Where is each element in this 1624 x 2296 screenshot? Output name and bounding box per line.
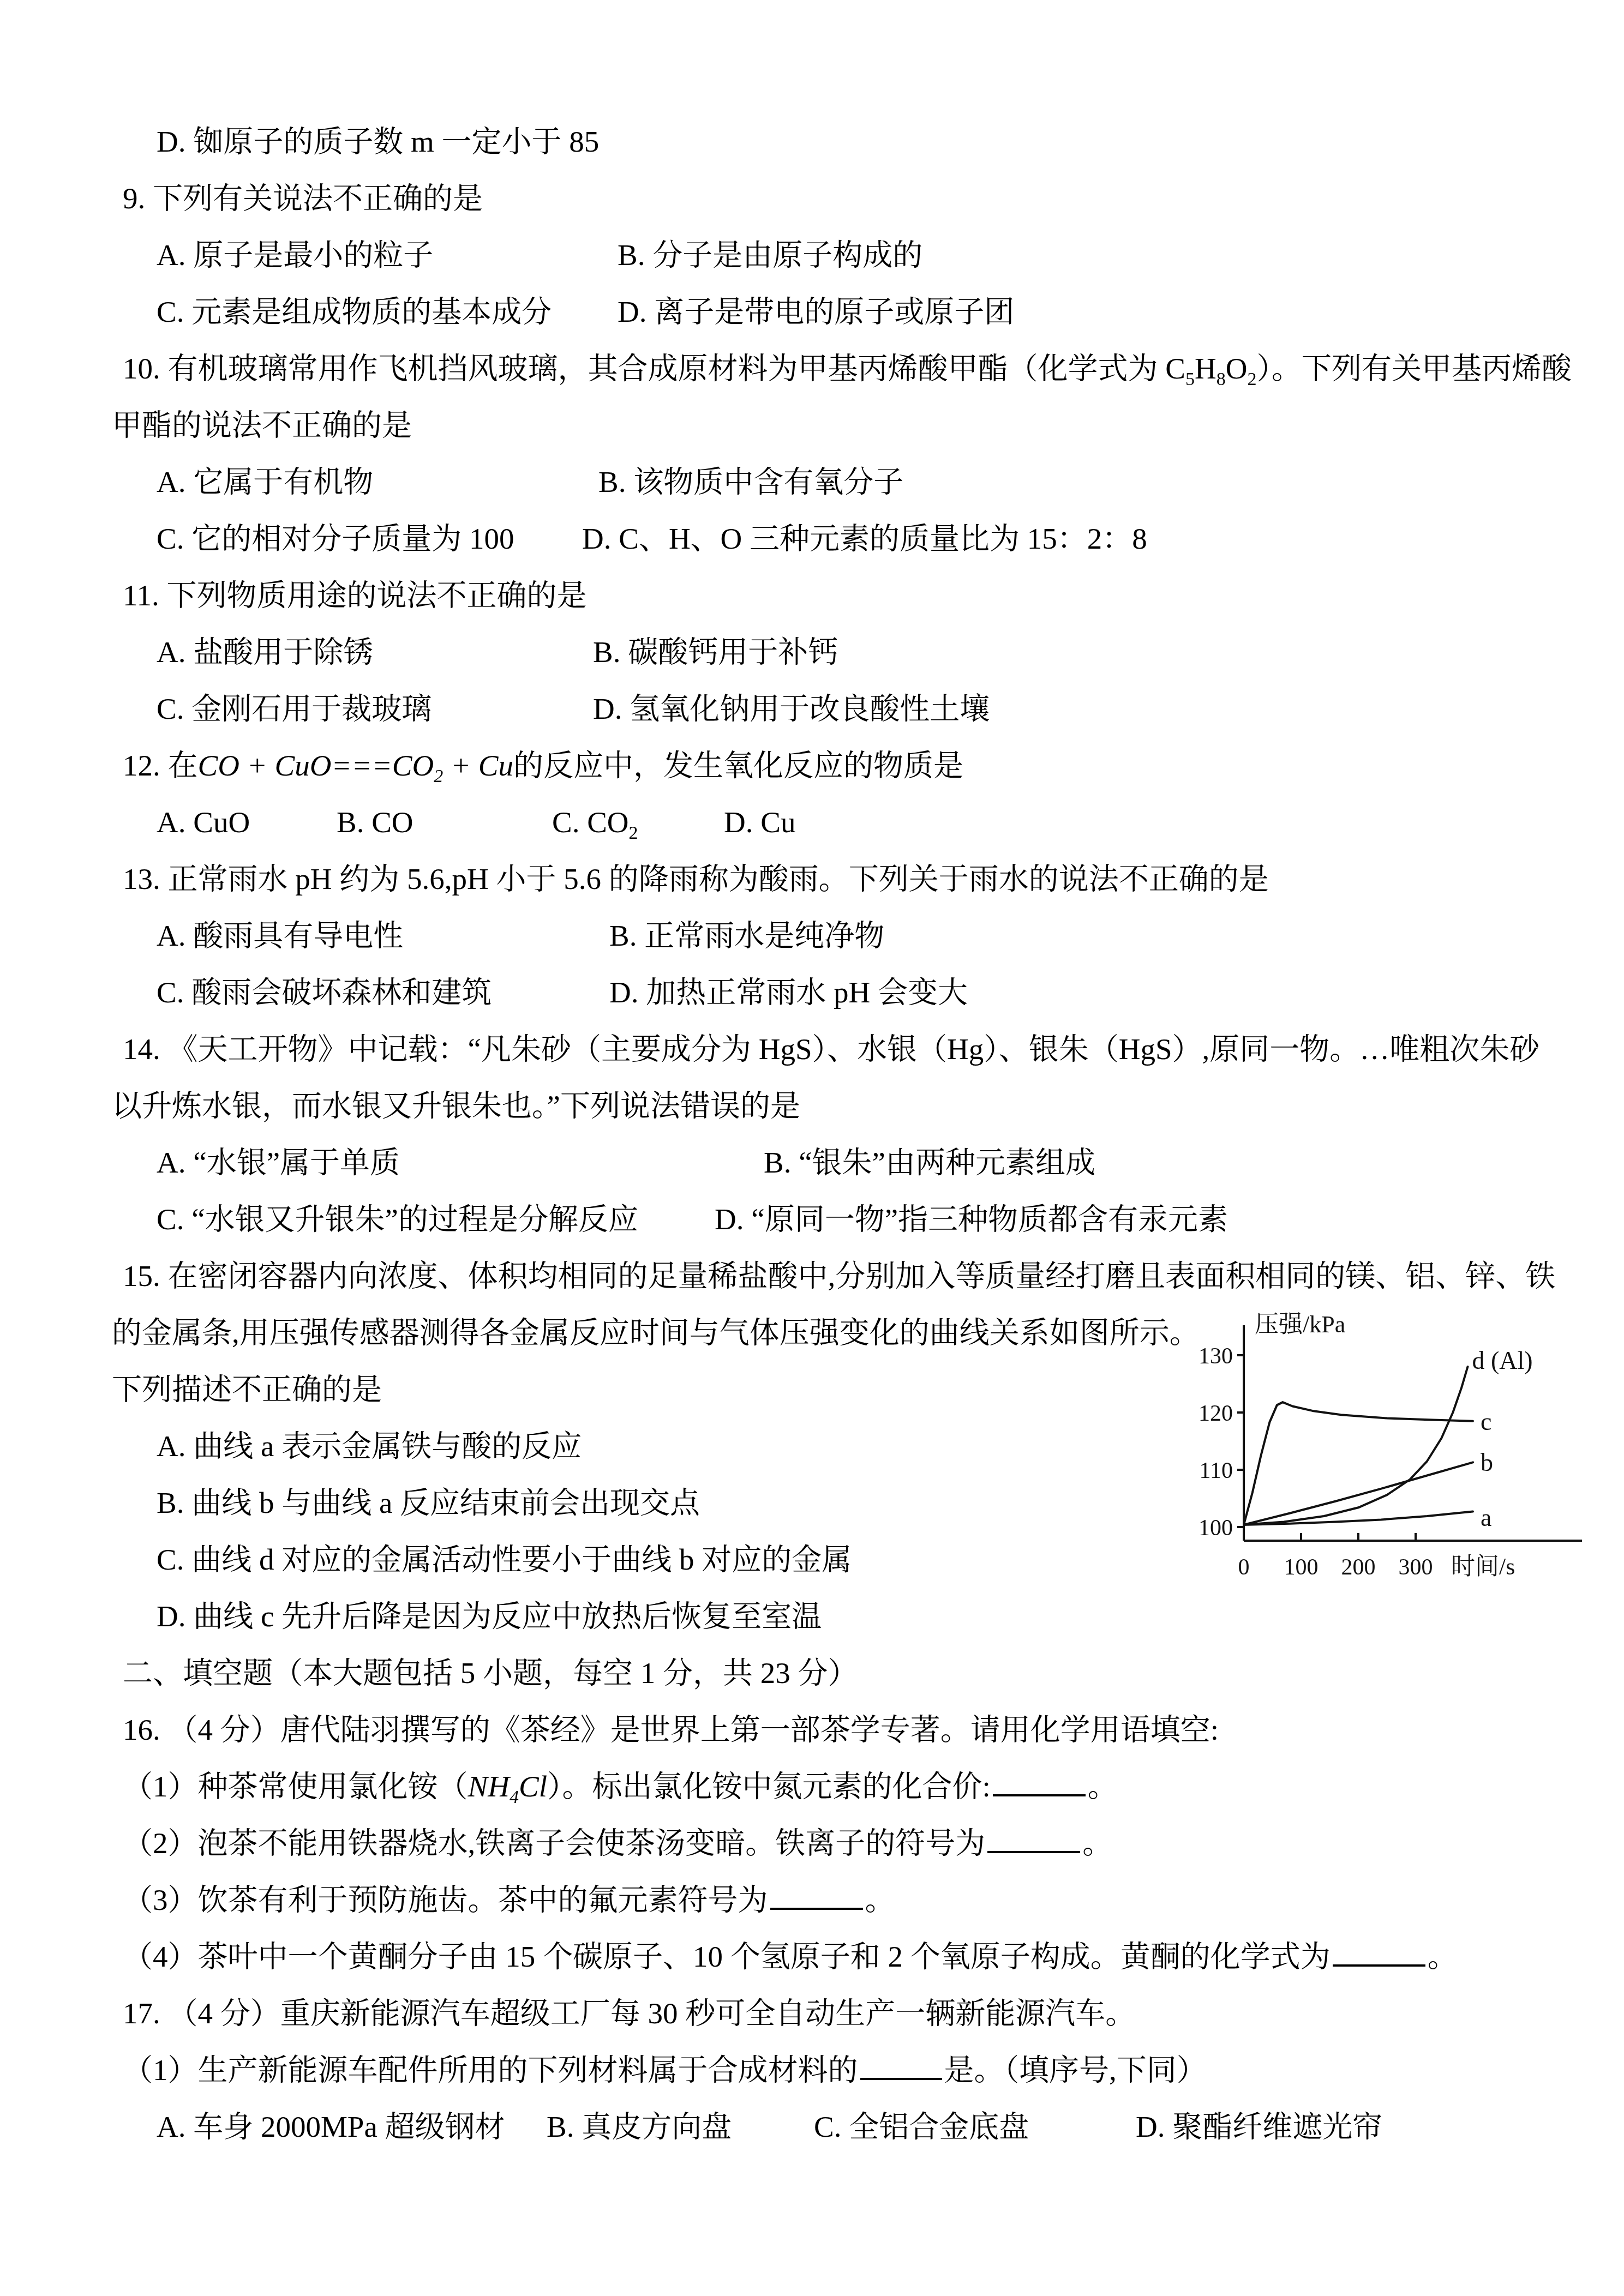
q17-part-1-text-1: （1）生产新能源车配件所用的下列材料属于合成材料的 xyxy=(123,2053,858,2087)
q15-option-d-text: D. 曲线 c 先升后降是因为反应中放热后恢复至室温 xyxy=(157,1600,822,1633)
curve-label-b: b xyxy=(1481,1448,1493,1476)
q15-stem-text-1: 15. 在密闭容器内向浓度、体积均相同的足量稀盐酸中,分别加入等质量经打磨且表面… xyxy=(123,1259,1555,1293)
q10-option-b: B. 该物质中含有氧分子 xyxy=(598,465,903,498)
q12-option-c: C. CO2 xyxy=(552,794,724,851)
q8-option-d-label: D. 铷原子的质子数 m 一定小于 85 xyxy=(157,125,599,158)
q13-options-row-1: A. 酸雨具有导电性B. 正常雨水是纯净物 xyxy=(0,907,1624,964)
q16-part-3-period: 。 xyxy=(865,1883,895,1916)
q14-option-c: C. “水银又升银朱”的过程是分解反应 xyxy=(157,1191,715,1248)
q11-options-row-1: A. 盐酸用于除锈B. 碳酸钙用于补钙 xyxy=(0,624,1624,681)
q16-part-3: （3）饮茶有利于预防施齿。茶中的氟元素符号为。 xyxy=(0,1872,1624,1928)
x-axis-label: 时间/s xyxy=(1451,1553,1515,1580)
q10-stem-line-2: 甲酯的说法不正确的是 xyxy=(0,397,1624,454)
q10-stem-line-1: 10. 有机玻璃常用作飞机挡风玻璃，其合成原材料为甲基丙烯酸甲酯（化学式为 C5… xyxy=(0,340,1624,397)
q15-stem-text-2: 的金属条,用压强传感器测得各金属反应时间与气体压强变化的曲线关系如图所示。 xyxy=(112,1316,1200,1349)
q13-option-c: C. 酸雨会破坏森林和建筑 xyxy=(157,964,609,1021)
q16-part-3-text: （3）饮茶有利于预防施齿。茶中的氟元素符号为 xyxy=(123,1883,768,1916)
q9-options-row-2: C. 元素是组成物质的基本成分D. 离子是带电的原子或原子团 xyxy=(0,284,1624,340)
q13-option-a: A. 酸雨具有导电性 xyxy=(157,907,609,964)
q10-formula-sub-2: 2 xyxy=(1248,369,1257,389)
q17-part-1: （1）生产新能源车配件所用的下列材料属于合成材料的是。（填序号,下同） xyxy=(0,2042,1624,2099)
q11-stem: 11. 下列物质用途的说法不正确的是 xyxy=(0,567,1624,624)
curve-d xyxy=(1244,1367,1468,1525)
q15-option-b-text: B. 曲线 b 与曲线 a 反应结束前会出现交点 xyxy=(157,1486,700,1519)
q16-part-1: （1）种茶常使用氯化铵（NH4Cl）。标出氯化铵中氮元素的化合价:。 xyxy=(0,1758,1624,1815)
curve-label-a: a xyxy=(1481,1504,1491,1531)
q16-stem: 16. （4 分）唐代陆羽撰写的《茶经》是世界上第一部茶学专著。请用化学用语填空… xyxy=(0,1702,1624,1758)
y-tick-label: 110 xyxy=(1200,1458,1233,1483)
q17-stem: 17. （4 分）重庆新能源汽车超级工厂每 30 秒可全自动生产一辆新能源汽车。 xyxy=(0,1985,1624,2042)
q12-options-row: A. CuOB. COC. CO2D. Cu xyxy=(0,794,1624,851)
y-tick-label: 120 xyxy=(1198,1401,1233,1426)
q12-stem-text-1: 12. 在 xyxy=(123,749,198,782)
q10-formula-sub-8: 8 xyxy=(1216,369,1226,389)
q12-equation-sub-2: 2 xyxy=(434,766,443,786)
q16-part-4-period: 。 xyxy=(1428,1940,1458,1973)
q10-options-row-2: C. 它的相对分子质量为 100D. C、H、O 三种元素的质量比为 15：2：… xyxy=(0,510,1624,567)
q10-formula-sub-5: 5 xyxy=(1185,369,1195,389)
q10-option-d: D. C、H、O 三种元素的质量比为 15：2：8 xyxy=(582,522,1147,555)
q11-option-c: C. 金刚石用于裁玻璃 xyxy=(157,681,593,737)
q16-part-1-answer-blank xyxy=(993,1791,1086,1796)
q9-options-row-1: A. 原子是最小的粒子B. 分子是由原子构成的 xyxy=(0,227,1624,284)
q10-stem-text-1: 10. 有机玻璃常用作飞机挡风玻璃，其合成原材料为甲基丙烯酸甲酯（化学式为 C xyxy=(123,352,1185,385)
q14-options-row-1: A. “水银”属于单质B. “银朱”由两种元素组成 xyxy=(0,1134,1624,1191)
x-tick-label: 0 xyxy=(1238,1555,1250,1580)
q15-stem-text-3: 下列描述不正确的是 xyxy=(112,1373,382,1406)
section-2-heading-text: 二、填空题（本大题包括 5 小题，每空 1 分，共 23 分） xyxy=(123,1656,858,1690)
q12-option-a: A. CuO xyxy=(157,794,337,851)
q14-stem-line-1: 14. 《天工开物》中记载：“凡朱砂（主要成分为 HgS）、水银（Hg）、银朱（… xyxy=(0,1021,1624,1078)
q16-formula-sub-4: 4 xyxy=(510,1787,519,1807)
q16-part-2: （2）泡茶不能用铁器烧水,铁离子会使茶汤变暗。铁离子的符号为。 xyxy=(0,1815,1624,1872)
q11-options-row-2: C. 金刚石用于裁玻璃D. 氢氧化钠用于改良酸性土壤 xyxy=(0,681,1624,737)
q12-option-d: D. Cu xyxy=(724,806,795,839)
q14-options-row-2: C. “水银又升银朱”的过程是分解反应D. “原同一物”指三种物质都含有汞元素 xyxy=(0,1191,1624,1248)
q9-stem: 9. 下列有关说法不正确的是 xyxy=(0,170,1624,227)
q17-option-a: A. 车身 2000MPa 超级钢材 xyxy=(157,2099,547,2155)
x-tick-label: 100 xyxy=(1284,1555,1319,1580)
q10-options-row-1: A. 它属于有机物B. 该物质中含有氧分子 xyxy=(0,454,1624,510)
q15-stem-line-1: 15. 在密闭容器内向浓度、体积均相同的足量稀盐酸中,分别加入等质量经打磨且表面… xyxy=(0,1248,1624,1305)
q12-option-c-sub: 2 xyxy=(629,823,638,843)
q14-stem-line-2: 以升炼水银，而水银又升银朱也。”下列说法错误的是 xyxy=(0,1078,1624,1134)
q11-stem-text: 11. 下列物质用途的说法不正确的是 xyxy=(123,579,586,612)
q9-option-d: D. 离子是带电的原子或原子团 xyxy=(618,295,1014,328)
q8-option-d: D. 铷原子的质子数 m 一定小于 85 xyxy=(0,113,1624,170)
q9-stem-text: 9. 下列有关说法不正确的是 xyxy=(123,182,483,215)
q16-part-1-text-2: ）。标出氯化铵中氮元素的化合价: xyxy=(547,1770,991,1803)
q17-option-c: C. 全铝合金底盘 xyxy=(814,2099,1136,2155)
q13-option-d: D. 加热正常雨水 pH 会变大 xyxy=(609,976,968,1009)
q10-stem-text-3: 甲酯的说法不正确的是 xyxy=(112,408,412,442)
q10-stem-text-2: ）。下列有关甲基丙烯酸 xyxy=(1257,352,1572,385)
q17-part-1-answer-blank xyxy=(860,2075,942,2080)
q11-option-d: D. 氢氧化钠用于改良酸性土壤 xyxy=(593,692,990,725)
q10-formula-o: O xyxy=(1226,352,1248,385)
x-tick-label: 300 xyxy=(1399,1555,1433,1580)
q16-part-4: （4）茶叶中一个黄酮分子由 15 个碳原子、10 个氢原子和 2 个氧原子构成。… xyxy=(0,1928,1624,1985)
q16-part-4-answer-blank xyxy=(1333,1961,1425,1967)
curve-label-d: d (Al) xyxy=(1472,1347,1533,1374)
q16-part-4-text: （4）茶叶中一个黄酮分子由 15 个碳原子、10 个氢原子和 2 个氧原子构成。… xyxy=(123,1940,1331,1973)
q16-part-2-text: （2）泡茶不能用铁器烧水,铁离子会使茶汤变暗。铁离子的符号为 xyxy=(123,1826,985,1860)
q11-option-b: B. 碳酸钙用于补钙 xyxy=(593,635,838,669)
q17-option-b: B. 真皮方向盘 xyxy=(547,2099,814,2155)
q14-option-d: D. “原同一物”指三种物质都含有汞元素 xyxy=(715,1203,1228,1236)
q14-stem-text-1: 14. 《天工开物》中记载：“凡朱砂（主要成分为 HgS）、水银（Hg）、银朱（… xyxy=(123,1032,1539,1066)
q14-option-a: A. “水银”属于单质 xyxy=(157,1134,764,1191)
q10-option-c: C. 它的相对分子质量为 100 xyxy=(157,510,582,567)
q14-stem-text-2: 以升炼水银，而水银又升银朱也。”下列说法错误的是 xyxy=(112,1089,800,1122)
q15-option-a-text: A. 曲线 a 表示金属铁与酸的反应 xyxy=(157,1429,582,1463)
q14-option-b: B. “银朱”由两种元素组成 xyxy=(764,1146,1095,1179)
y-tick-label: 100 xyxy=(1198,1516,1233,1541)
q13-stem: 13. 正常雨水 pH 约为 5.6,pH 小于 5.6 的降雨称为酸雨。下列关… xyxy=(0,851,1624,907)
q16-formula-nh: NH xyxy=(468,1770,510,1803)
q17-option-d: D. 聚酯纤维遮光帘 xyxy=(1136,2110,1382,2143)
q16-part-2-answer-blank xyxy=(987,1848,1080,1853)
q9-option-b: B. 分子是由原子构成的 xyxy=(618,238,922,272)
q16-stem-text: 16. （4 分）唐代陆羽撰写的《茶经》是世界上第一部茶学专著。请用化学用语填空… xyxy=(123,1713,1219,1746)
exam-paper-page: D. 铷原子的质子数 m 一定小于 85 9. 下列有关说法不正确的是 A. 原… xyxy=(0,0,1624,2296)
q10-option-a: A. 它属于有机物 xyxy=(157,454,598,510)
chart-svg: 压强/kPa时间/s1001101201300100200300abcd (Al… xyxy=(1178,1306,1615,1612)
q17-part-1-text-2: 是。（填序号,下同） xyxy=(944,2053,1207,2087)
q16-part-1-text-1: （1）种茶常使用氯化铵（ xyxy=(123,1770,468,1803)
q12-option-b: B. CO xyxy=(337,794,552,851)
pressure-time-chart: 压强/kPa时间/s1001101201300100200300abcd (Al… xyxy=(1178,1306,1615,1612)
q12-equation-part-2: + Cu xyxy=(443,749,513,782)
q17-options-row: A. 车身 2000MPa 超级钢材B. 真皮方向盘C. 全铝合金底盘D. 聚酯… xyxy=(0,2099,1624,2155)
q11-option-a: A. 盐酸用于除锈 xyxy=(157,624,593,681)
curve-c xyxy=(1244,1402,1473,1525)
q12-stem: 12. 在CO + CuO===CO2 + Cu的反应中，发生氧化反应的物质是 xyxy=(0,737,1624,794)
curve-label-c: c xyxy=(1481,1408,1491,1435)
section-2-heading: 二、填空题（本大题包括 5 小题，每空 1 分，共 23 分） xyxy=(0,1645,1624,1702)
q10-formula-h: H xyxy=(1195,352,1216,385)
q12-stem-text-2: 的反应中，发生氧化反应的物质是 xyxy=(513,749,963,782)
q15-option-c-text: C. 曲线 d 对应的金属活动性要小于曲线 b 对应的金属 xyxy=(157,1543,852,1576)
q16-formula-cl: Cl xyxy=(519,1770,547,1803)
q12-equation-part-1: CO + CuO===CO xyxy=(198,749,434,782)
q13-options-row-2: C. 酸雨会破坏森林和建筑D. 加热正常雨水 pH 会变大 xyxy=(0,964,1624,1021)
q16-part-3-answer-blank xyxy=(770,1904,863,1910)
q13-option-b: B. 正常雨水是纯净物 xyxy=(609,919,884,952)
q16-part-1-period: 。 xyxy=(1088,1770,1118,1803)
y-tick-label: 130 xyxy=(1198,1344,1233,1369)
q17-stem-text: 17. （4 分）重庆新能源汽车超级工厂每 30 秒可全自动生产一辆新能源汽车。 xyxy=(123,1997,1135,2030)
q9-option-a: A. 原子是最小的粒子 xyxy=(157,227,618,284)
y-axis-label: 压强/kPa xyxy=(1255,1311,1345,1338)
q16-part-2-period: 。 xyxy=(1082,1826,1112,1860)
q12-option-c-text: C. CO xyxy=(552,806,629,839)
text-column: D. 铷原子的质子数 m 一定小于 85 9. 下列有关说法不正确的是 A. 原… xyxy=(0,113,1624,2155)
x-tick-label: 200 xyxy=(1341,1555,1376,1580)
q13-stem-text: 13. 正常雨水 pH 约为 5.6,pH 小于 5.6 的降雨称为酸雨。下列关… xyxy=(123,862,1269,895)
q9-option-c: C. 元素是组成物质的基本成分 xyxy=(157,284,618,340)
